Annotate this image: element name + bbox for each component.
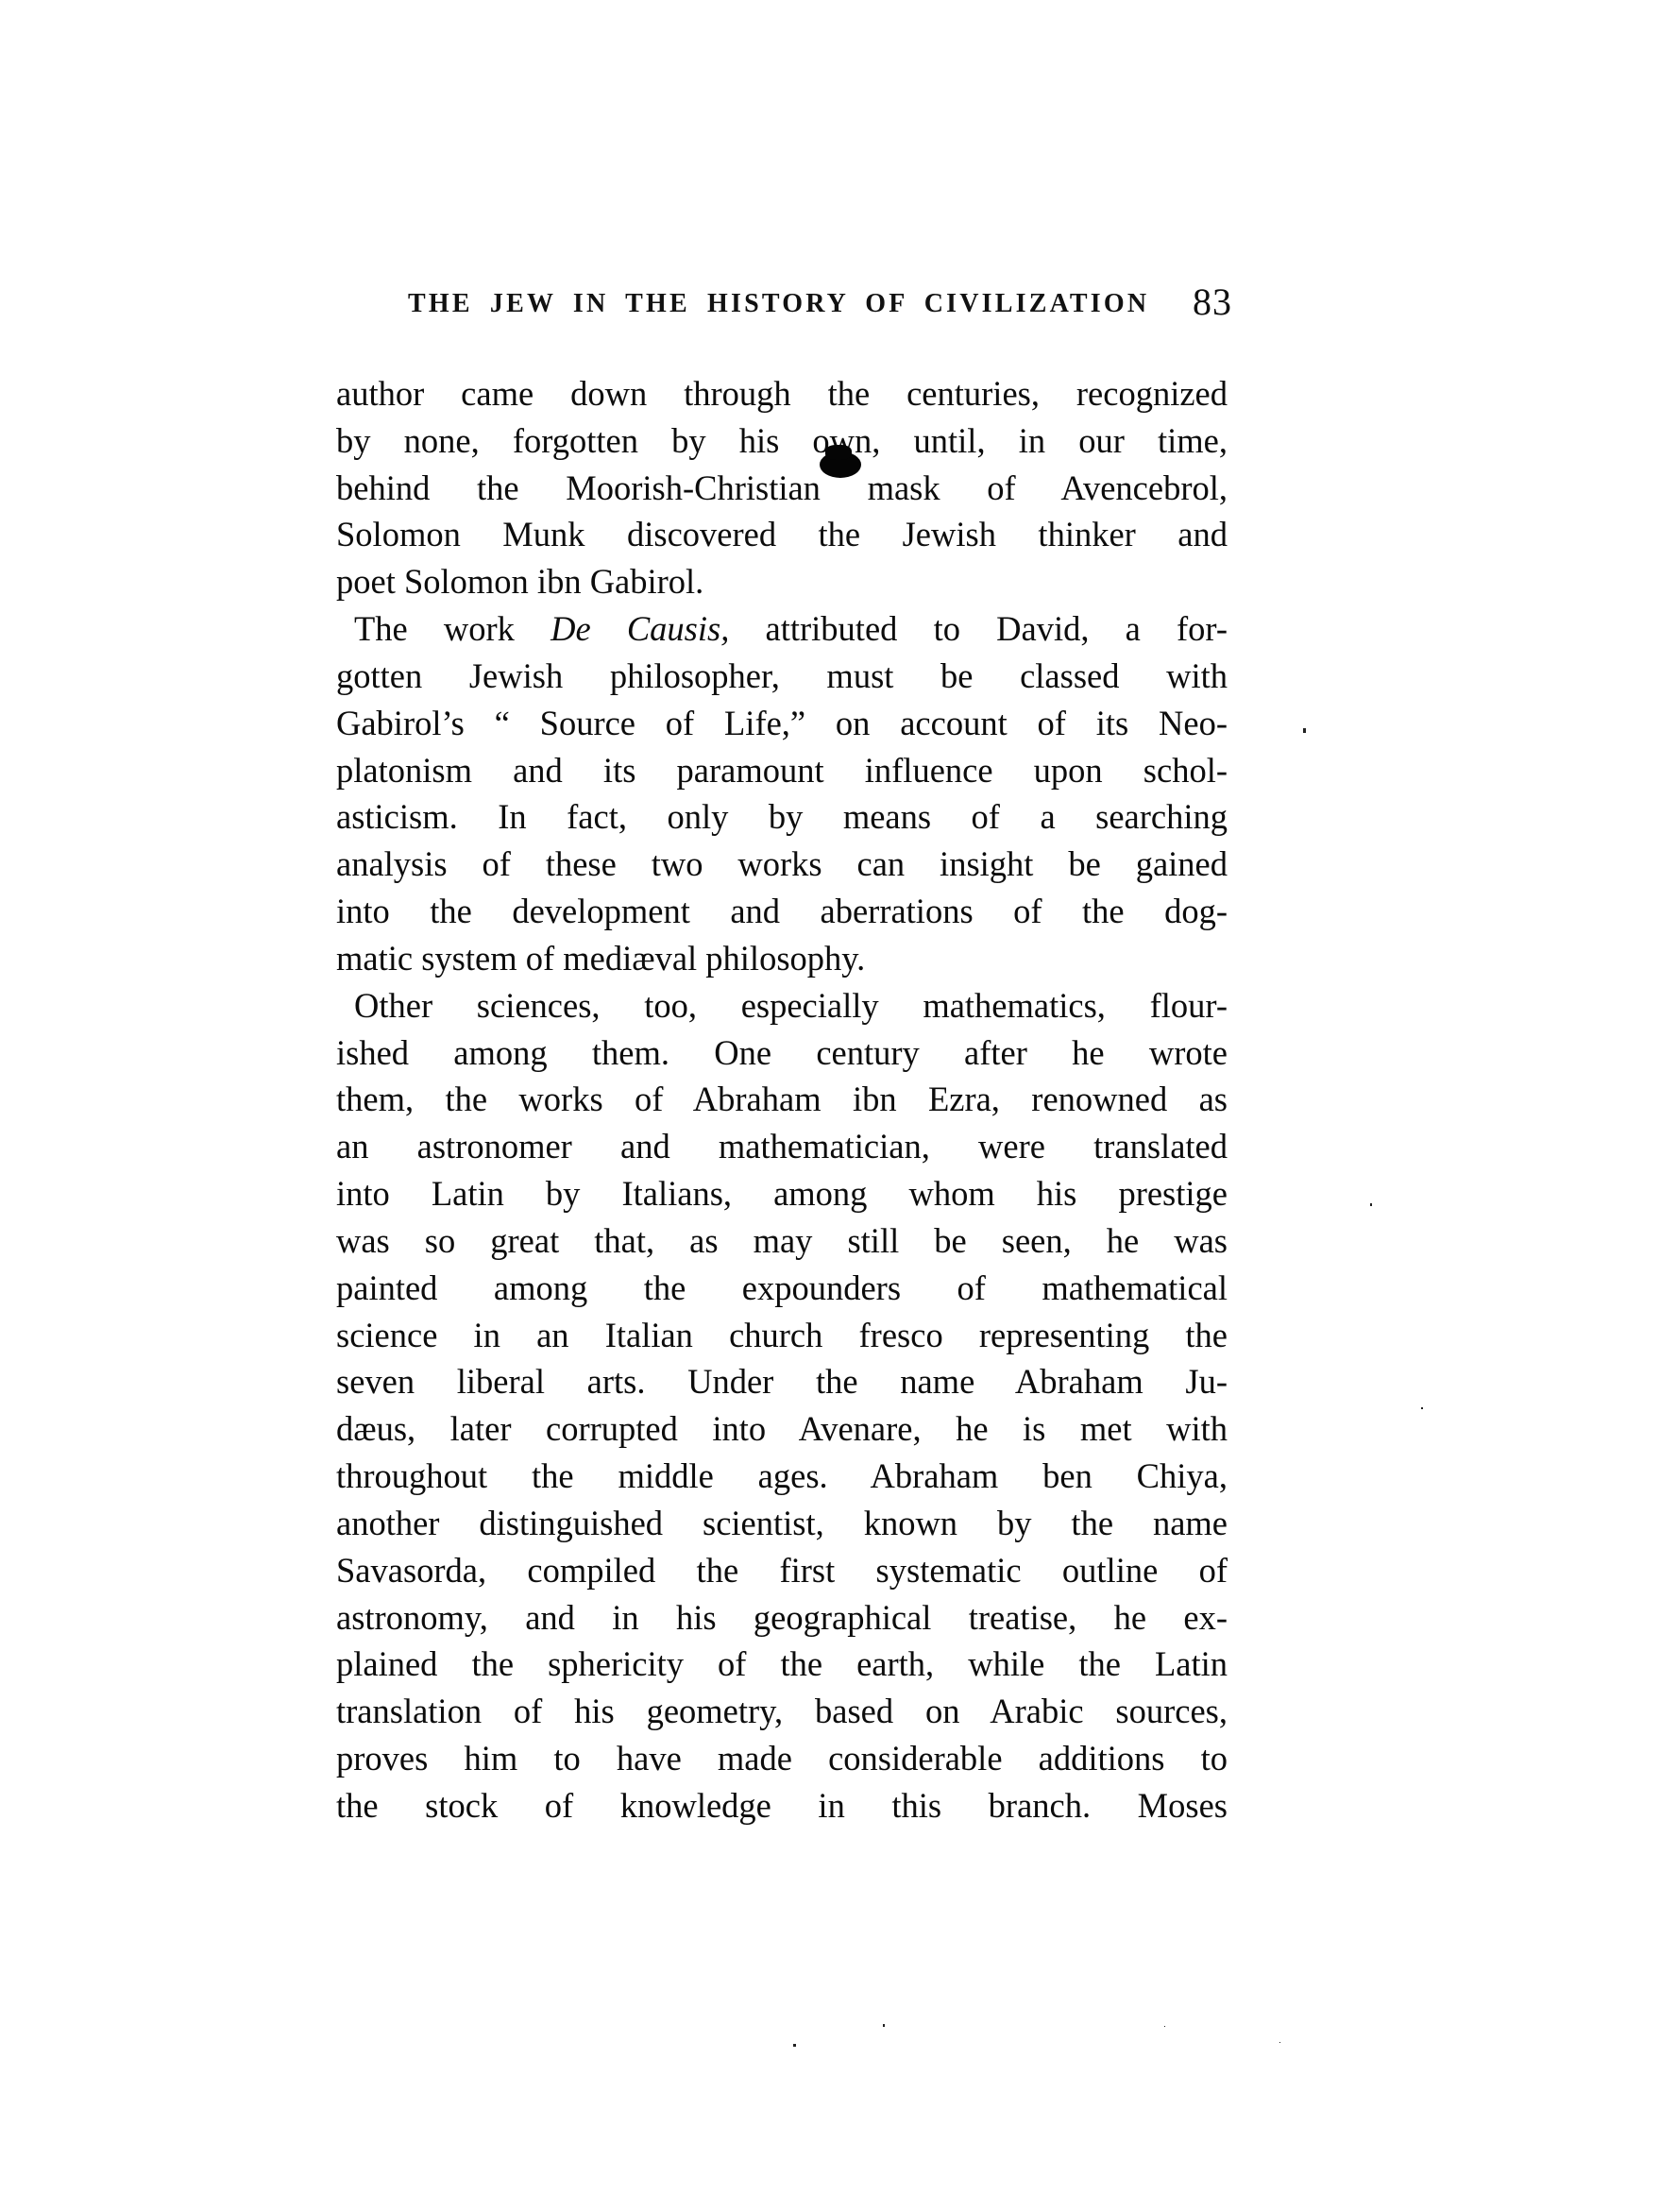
scan-speck	[1370, 1203, 1372, 1206]
scan-speck	[1279, 2042, 1280, 2043]
text-line: translation of his geometry, based on Ar…	[336, 1688, 1228, 1735]
text-line: dæus, later corrupted into Avenare, he i…	[336, 1405, 1228, 1453]
text-line: by none, forgotten by his own, until, in…	[336, 417, 1228, 465]
text-line: painted among the expounders of mathemat…	[336, 1265, 1228, 1312]
text-line: Gabirol’s “ Source of Life,” on account …	[336, 700, 1228, 747]
scan-speck	[793, 2044, 796, 2047]
text-line: throughout the middle ages. Abraham ben …	[336, 1453, 1228, 1500]
text-line: an astronomer and mathematician, were tr…	[336, 1123, 1228, 1170]
text-line: another distinguished scientist, known b…	[336, 1500, 1228, 1547]
text-line: the stock of knowledge in this branch. M…	[336, 1782, 1228, 1829]
paragraph-1: author came down through the centuries, …	[336, 370, 1228, 605]
paragraph-3: Other sciences, too, especially mathemat…	[336, 982, 1228, 1829]
scan-speck	[1303, 728, 1306, 733]
text-line: was so great that, as may still be seen,…	[336, 1217, 1228, 1265]
body-text: author came down through the centuries, …	[336, 370, 1228, 1829]
text-line: plained the sphericity of the earth, whi…	[336, 1641, 1228, 1688]
scan-speck	[1164, 2026, 1165, 2027]
text-line: behind the Moorish-Christian mask of Ave…	[336, 465, 1228, 512]
text-line: Other sciences, too, especially mathemat…	[336, 982, 1228, 1029]
running-title: THE JEW IN THE HISTORY OF CIVILIZATION	[408, 290, 1149, 318]
paragraph-2: The work De Causis, attributed to David,…	[336, 605, 1228, 982]
text-line: platonism and its paramount influence up…	[336, 747, 1228, 794]
text-line: The work De Causis, attributed to David,…	[336, 605, 1228, 653]
text-line: author came down through the centuries, …	[336, 370, 1228, 417]
book-page: THE JEW IN THE HISTORY OF CIVILIZATION 8…	[0, 0, 1660, 2212]
scan-speck	[883, 2024, 885, 2027]
text-line: matic system of mediæval philosophy.	[336, 935, 1228, 982]
text-line: analysis of these two works can insight …	[336, 841, 1228, 888]
text-line: Solomon Munk discovered the Jewish think…	[336, 511, 1228, 558]
text-line: into Latin by Italians, among whom his p…	[336, 1170, 1228, 1217]
page-number: 83	[1193, 283, 1232, 321]
ink-blot	[825, 445, 852, 460]
text-line: poet Solomon ibn Gabirol.	[336, 558, 1228, 605]
text-line: Savasorda, compiled the first systematic…	[336, 1547, 1228, 1594]
italic-title: De Causis,	[551, 609, 729, 648]
text-line: gotten Jewish philosopher, must be class…	[336, 653, 1228, 700]
text-line: ished among them. One century after he w…	[336, 1029, 1228, 1077]
text-line: asticism. In fact, only by means of a se…	[336, 793, 1228, 841]
running-head: THE JEW IN THE HISTORY OF CIVILIZATION 8…	[406, 281, 1232, 325]
scan-speck	[1421, 1407, 1423, 1409]
text-line: science in an Italian church fresco repr…	[336, 1312, 1228, 1359]
text-line: astronomy, and in his geographical treat…	[336, 1594, 1228, 1642]
text-line: them, the works of Abraham ibn Ezra, ren…	[336, 1076, 1228, 1123]
text-line: seven liberal arts. Under the name Abrah…	[336, 1358, 1228, 1405]
text-line: into the development and aberrations of …	[336, 888, 1228, 935]
text-line: proves him to have made considerable add…	[336, 1735, 1228, 1782]
